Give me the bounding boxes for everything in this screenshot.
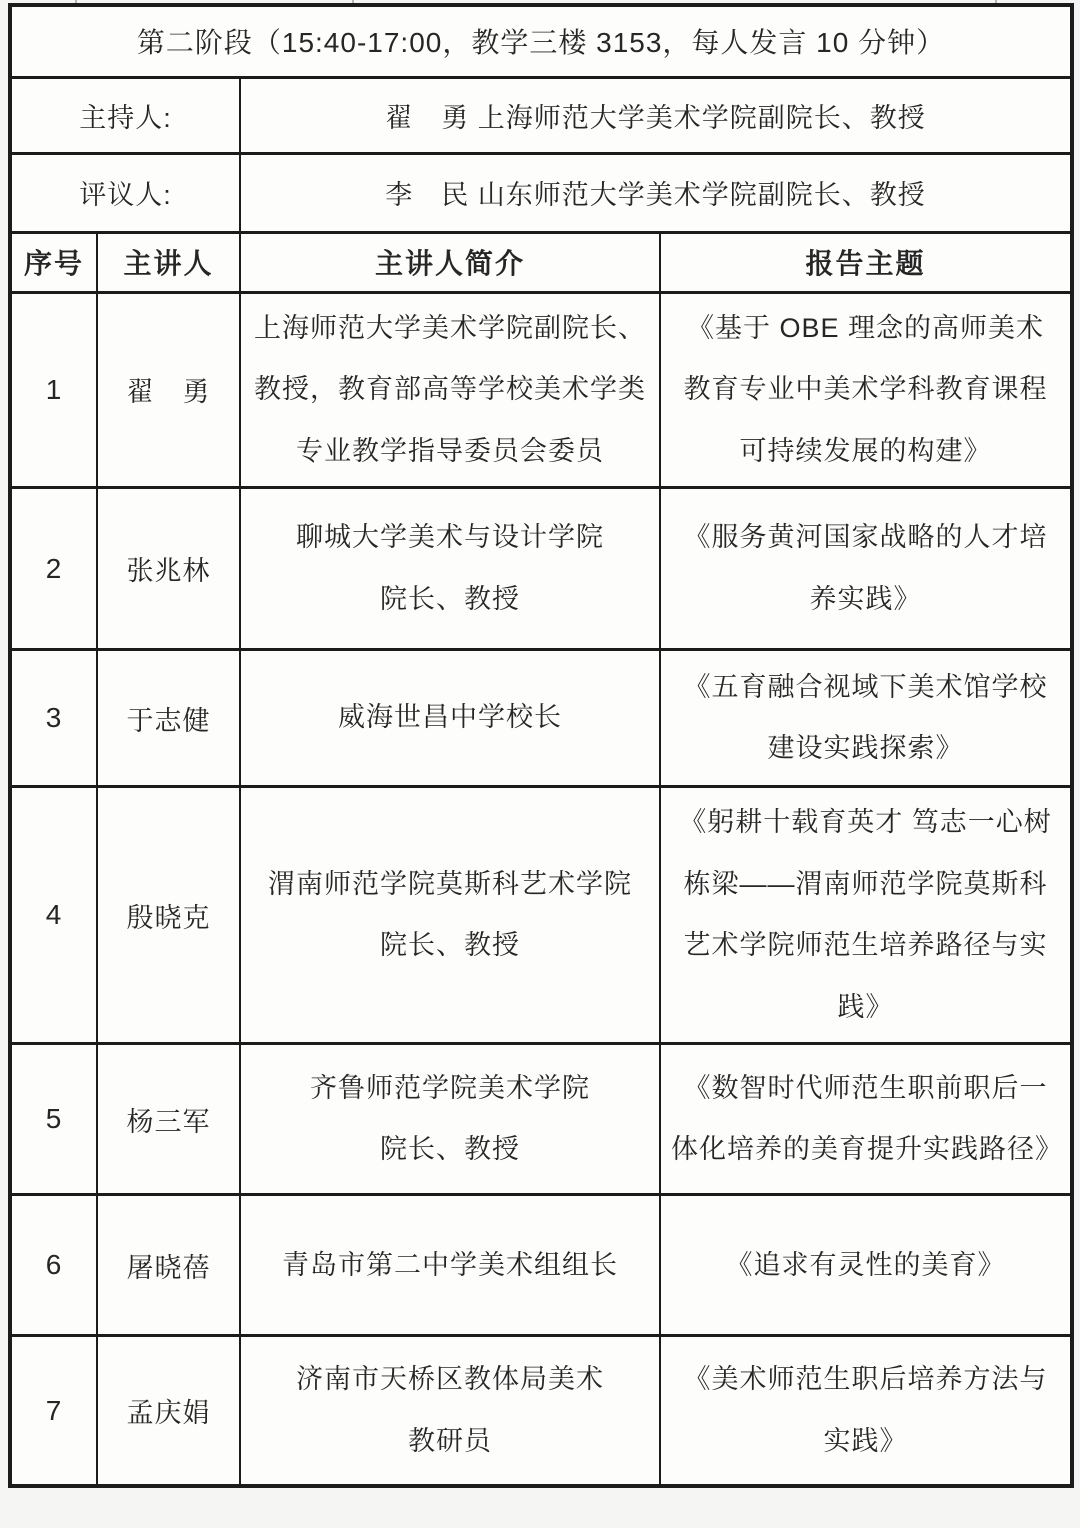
speaker-intro: 渭南师范学院莫斯科艺术学院 院长、教授	[240, 787, 660, 1044]
host-label: 主持人:	[10, 77, 240, 153]
report-topic: 《基于 OBE 理念的高师美术 教育专业中美术学科教育课程 可持续发展的构建》	[660, 292, 1072, 488]
reviewer-value: 李 民 山东师范大学美术学院副院长、教授	[240, 153, 1072, 232]
serial-number: 3	[10, 650, 97, 787]
report-topic: 《美术师范生职后培养方法与 实践》	[660, 1336, 1072, 1486]
col-header-serial: 序号	[10, 232, 97, 292]
serial-number: 7	[10, 1336, 97, 1486]
table-row: 3 于志健 威海世昌中学校长 《五育融合视域下美术馆学校 建设实践探索》	[10, 650, 1072, 787]
report-topic: 《服务黄河国家战略的人才培 养实践》	[660, 488, 1072, 650]
reviewer-row: 评议人: 李 民 山东师范大学美术学院副院长、教授	[10, 153, 1072, 232]
col-header-speaker: 主讲人	[97, 232, 240, 292]
table-row: 6 屠晓蓓 青岛市第二中学美术组组长 《追求有灵性的美育》	[10, 1195, 1072, 1336]
speaker-name: 张兆林	[97, 488, 240, 650]
speaker-intro: 齐鲁师范学院美术学院 院长、教授	[240, 1044, 660, 1195]
stage-title: 第二阶段（15:40-17:00，教学三楼 3153，每人发言 10 分钟）	[10, 5, 1072, 77]
reviewer-label: 评议人:	[10, 153, 240, 232]
report-topic: 《追求有灵性的美育》	[660, 1195, 1072, 1336]
report-topic: 《数智时代师范生职前职后一 体化培养的美育提升实践路径》	[660, 1044, 1072, 1195]
serial-number: 1	[10, 292, 97, 488]
serial-number: 5	[10, 1044, 97, 1195]
page: 第二阶段（15:40-17:00，教学三楼 3153，每人发言 10 分钟） 主…	[0, 0, 1080, 1528]
table-row: 2 张兆林 聊城大学美术与设计学院 院长、教授 《服务黄河国家战略的人才培 养实…	[10, 488, 1072, 650]
stage-header-row: 第二阶段（15:40-17:00，教学三楼 3153，每人发言 10 分钟）	[10, 5, 1072, 77]
report-topic: 《五育融合视域下美术馆学校 建设实践探索》	[660, 650, 1072, 787]
speaker-name: 于志健	[97, 650, 240, 787]
host-row: 主持人: 翟 勇 上海师范大学美术学院副院长、教授	[10, 77, 1072, 153]
col-header-intro: 主讲人简介	[240, 232, 660, 292]
speaker-intro: 上海师范大学美术学院副院长、 教授，教育部高等学校美术学类 专业教学指导委员会委…	[240, 292, 660, 488]
serial-number: 6	[10, 1195, 97, 1336]
serial-number: 4	[10, 787, 97, 1044]
col-header-topic: 报告主题	[660, 232, 1072, 292]
speaker-name: 杨三军	[97, 1044, 240, 1195]
speaker-name: 孟庆娟	[97, 1336, 240, 1486]
host-value: 翟 勇 上海师范大学美术学院副院长、教授	[240, 77, 1072, 153]
stage2-schedule-table: 第二阶段（15:40-17:00，教学三楼 3153，每人发言 10 分钟） 主…	[8, 3, 1074, 1488]
speaker-intro: 聊城大学美术与设计学院 院长、教授	[240, 488, 660, 650]
table-row: 7 孟庆娟 济南市天桥区教体局美术 教研员 《美术师范生职后培养方法与 实践》	[10, 1336, 1072, 1486]
column-header-row: 序号 主讲人 主讲人简介 报告主题	[10, 232, 1072, 292]
speaker-name: 殷晓克	[97, 787, 240, 1044]
table-row: 1 翟 勇 上海师范大学美术学院副院长、 教授，教育部高等学校美术学类 专业教学…	[10, 292, 1072, 488]
speaker-intro: 济南市天桥区教体局美术 教研员	[240, 1336, 660, 1486]
table-row: 5 杨三军 齐鲁师范学院美术学院 院长、教授 《数智时代师范生职前职后一 体化培…	[10, 1044, 1072, 1195]
speaker-intro: 青岛市第二中学美术组组长	[240, 1195, 660, 1336]
table-row: 4 殷晓克 渭南师范学院莫斯科艺术学院 院长、教授 《躬耕十载育英才 笃志一心树…	[10, 787, 1072, 1044]
serial-number: 2	[10, 488, 97, 650]
speaker-intro: 威海世昌中学校长	[240, 650, 660, 787]
speaker-name: 翟 勇	[97, 292, 240, 488]
report-topic: 《躬耕十载育英才 笃志一心树 栋梁——渭南师范学院莫斯科 艺术学院师范生培养路径…	[660, 787, 1072, 1044]
speaker-name: 屠晓蓓	[97, 1195, 240, 1336]
